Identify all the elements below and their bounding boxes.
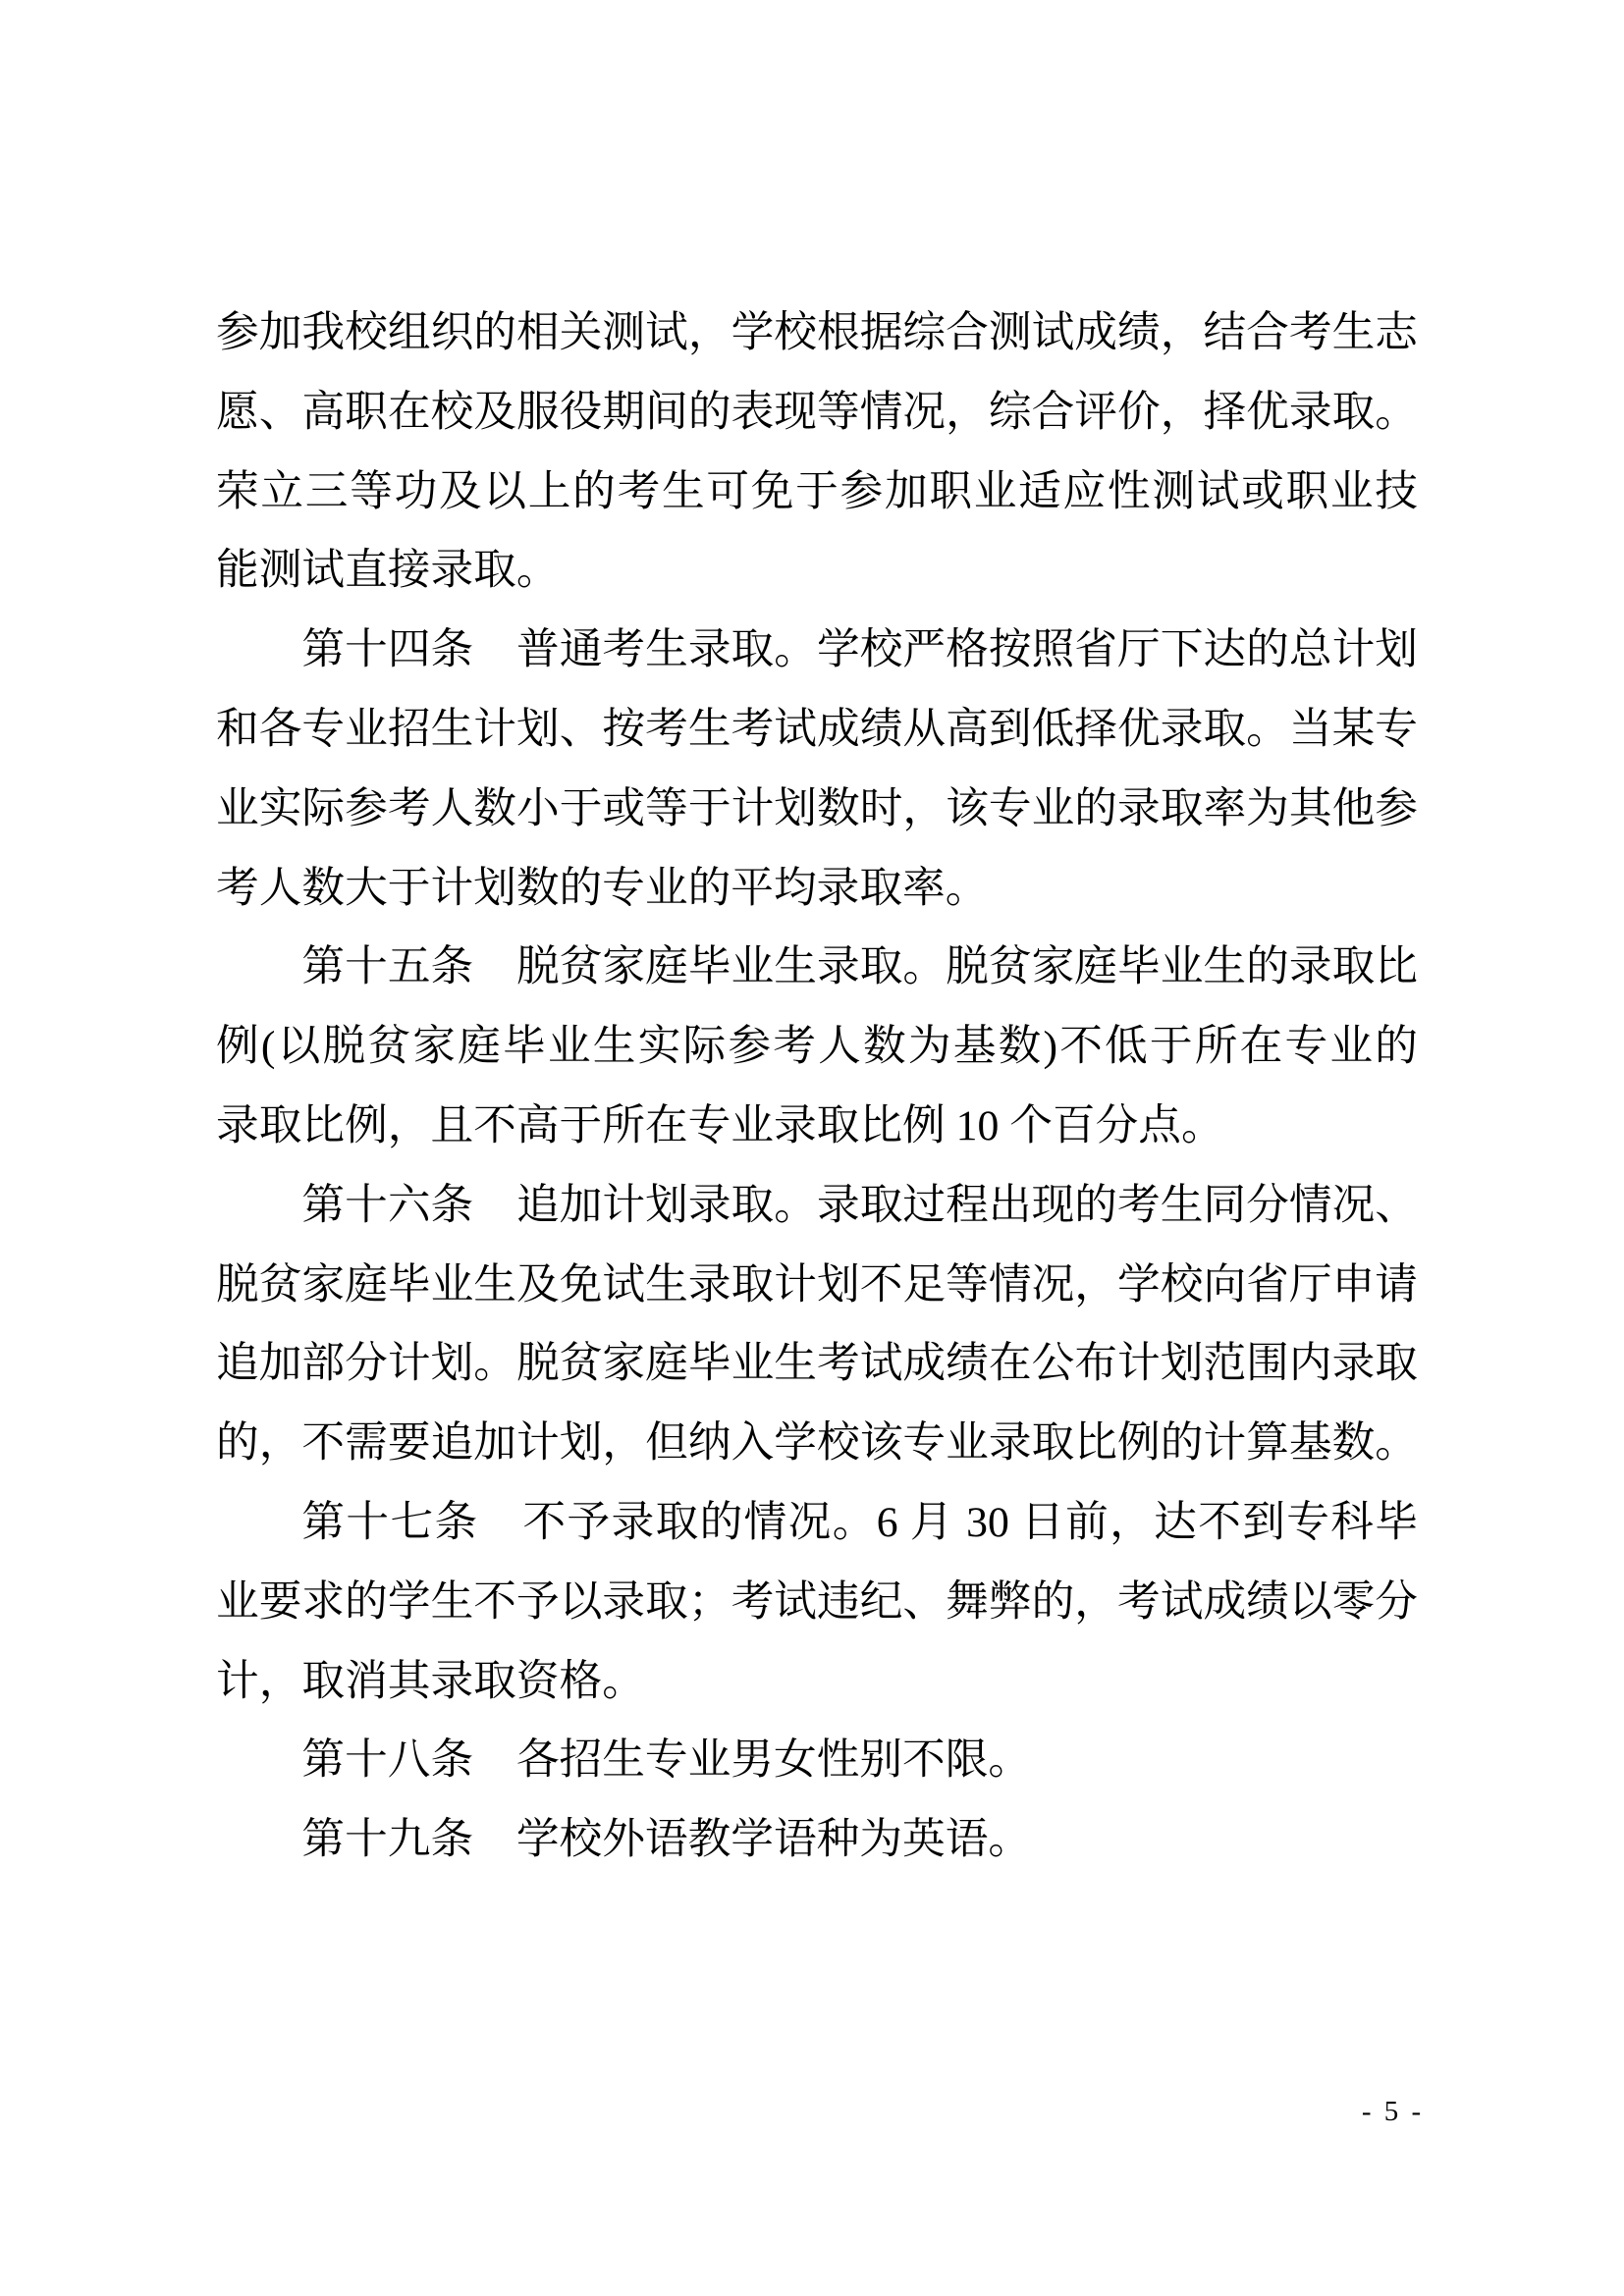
text-line: 例(以脱贫家庭毕业生实际参考人数为基数)不低于所在专业的 <box>216 1007 1418 1087</box>
text-line: 的，不需要追加计划，但纳入学校该专业录取比例的计算基数。 <box>216 1404 1418 1483</box>
text-line: 考人数大于计划数的专业的平均录取率。 <box>216 849 1418 929</box>
document-body: 参加我校组织的相关测试，学校根据综合测试成绩，结合考生志愿、高职在校及服役期间的… <box>216 294 1418 1880</box>
text-line: 愿、高职在校及服役期间的表现等情况，综合评价，择优录取。 <box>216 373 1418 453</box>
text-line: 和各专业招生计划、按考生考试成绩从高到低择优录取。当某专 <box>216 690 1418 770</box>
text-line: 能测试直接录取。 <box>216 531 1418 611</box>
document-page: 参加我校组织的相关测试，学校根据综合测试成绩，结合考生志愿、高职在校及服役期间的… <box>0 0 1624 2296</box>
text-line: 脱贫家庭毕业生及免试生录取计划不足等情况，学校向省厅申请 <box>216 1246 1418 1325</box>
text-line: 第十九条 学校外语教学语种为英语。 <box>216 1800 1418 1880</box>
text-line: 第十七条 不予录取的情况。6 月 30 日前，达不到专科毕 <box>216 1483 1418 1563</box>
text-line: 参加我校组织的相关测试，学校根据综合测试成绩，结合考生志 <box>216 294 1418 373</box>
text-line: 第十五条 脱贫家庭毕业生录取。脱贫家庭毕业生的录取比 <box>216 928 1418 1007</box>
page-number: - 5 - <box>1355 2097 1429 2126</box>
text-line: 第十六条 追加计划录取。录取过程出现的考生同分情况、 <box>216 1166 1418 1246</box>
text-line: 业实际参考人数小于或等于计划数时，该专业的录取率为其他参 <box>216 770 1418 849</box>
text-line: 追加部分计划。脱贫家庭毕业生考试成绩在公布计划范围内录取 <box>216 1324 1418 1404</box>
text-line: 第十八条 各招生专业男女性别不限。 <box>216 1721 1418 1800</box>
text-line: 第十四条 普通考生录取。学校严格按照省厅下达的总计划 <box>216 611 1418 690</box>
text-line: 业要求的学生不予以录取；考试违纪、舞弊的，考试成绩以零分 <box>216 1563 1418 1642</box>
text-line: 荣立三等功及以上的考生可免于参加职业适应性测试或职业技 <box>216 453 1418 532</box>
text-line: 录取比例，且不高于所在专业录取比例 10 个百分点。 <box>216 1087 1418 1166</box>
text-line: 计，取消其录取资格。 <box>216 1642 1418 1722</box>
